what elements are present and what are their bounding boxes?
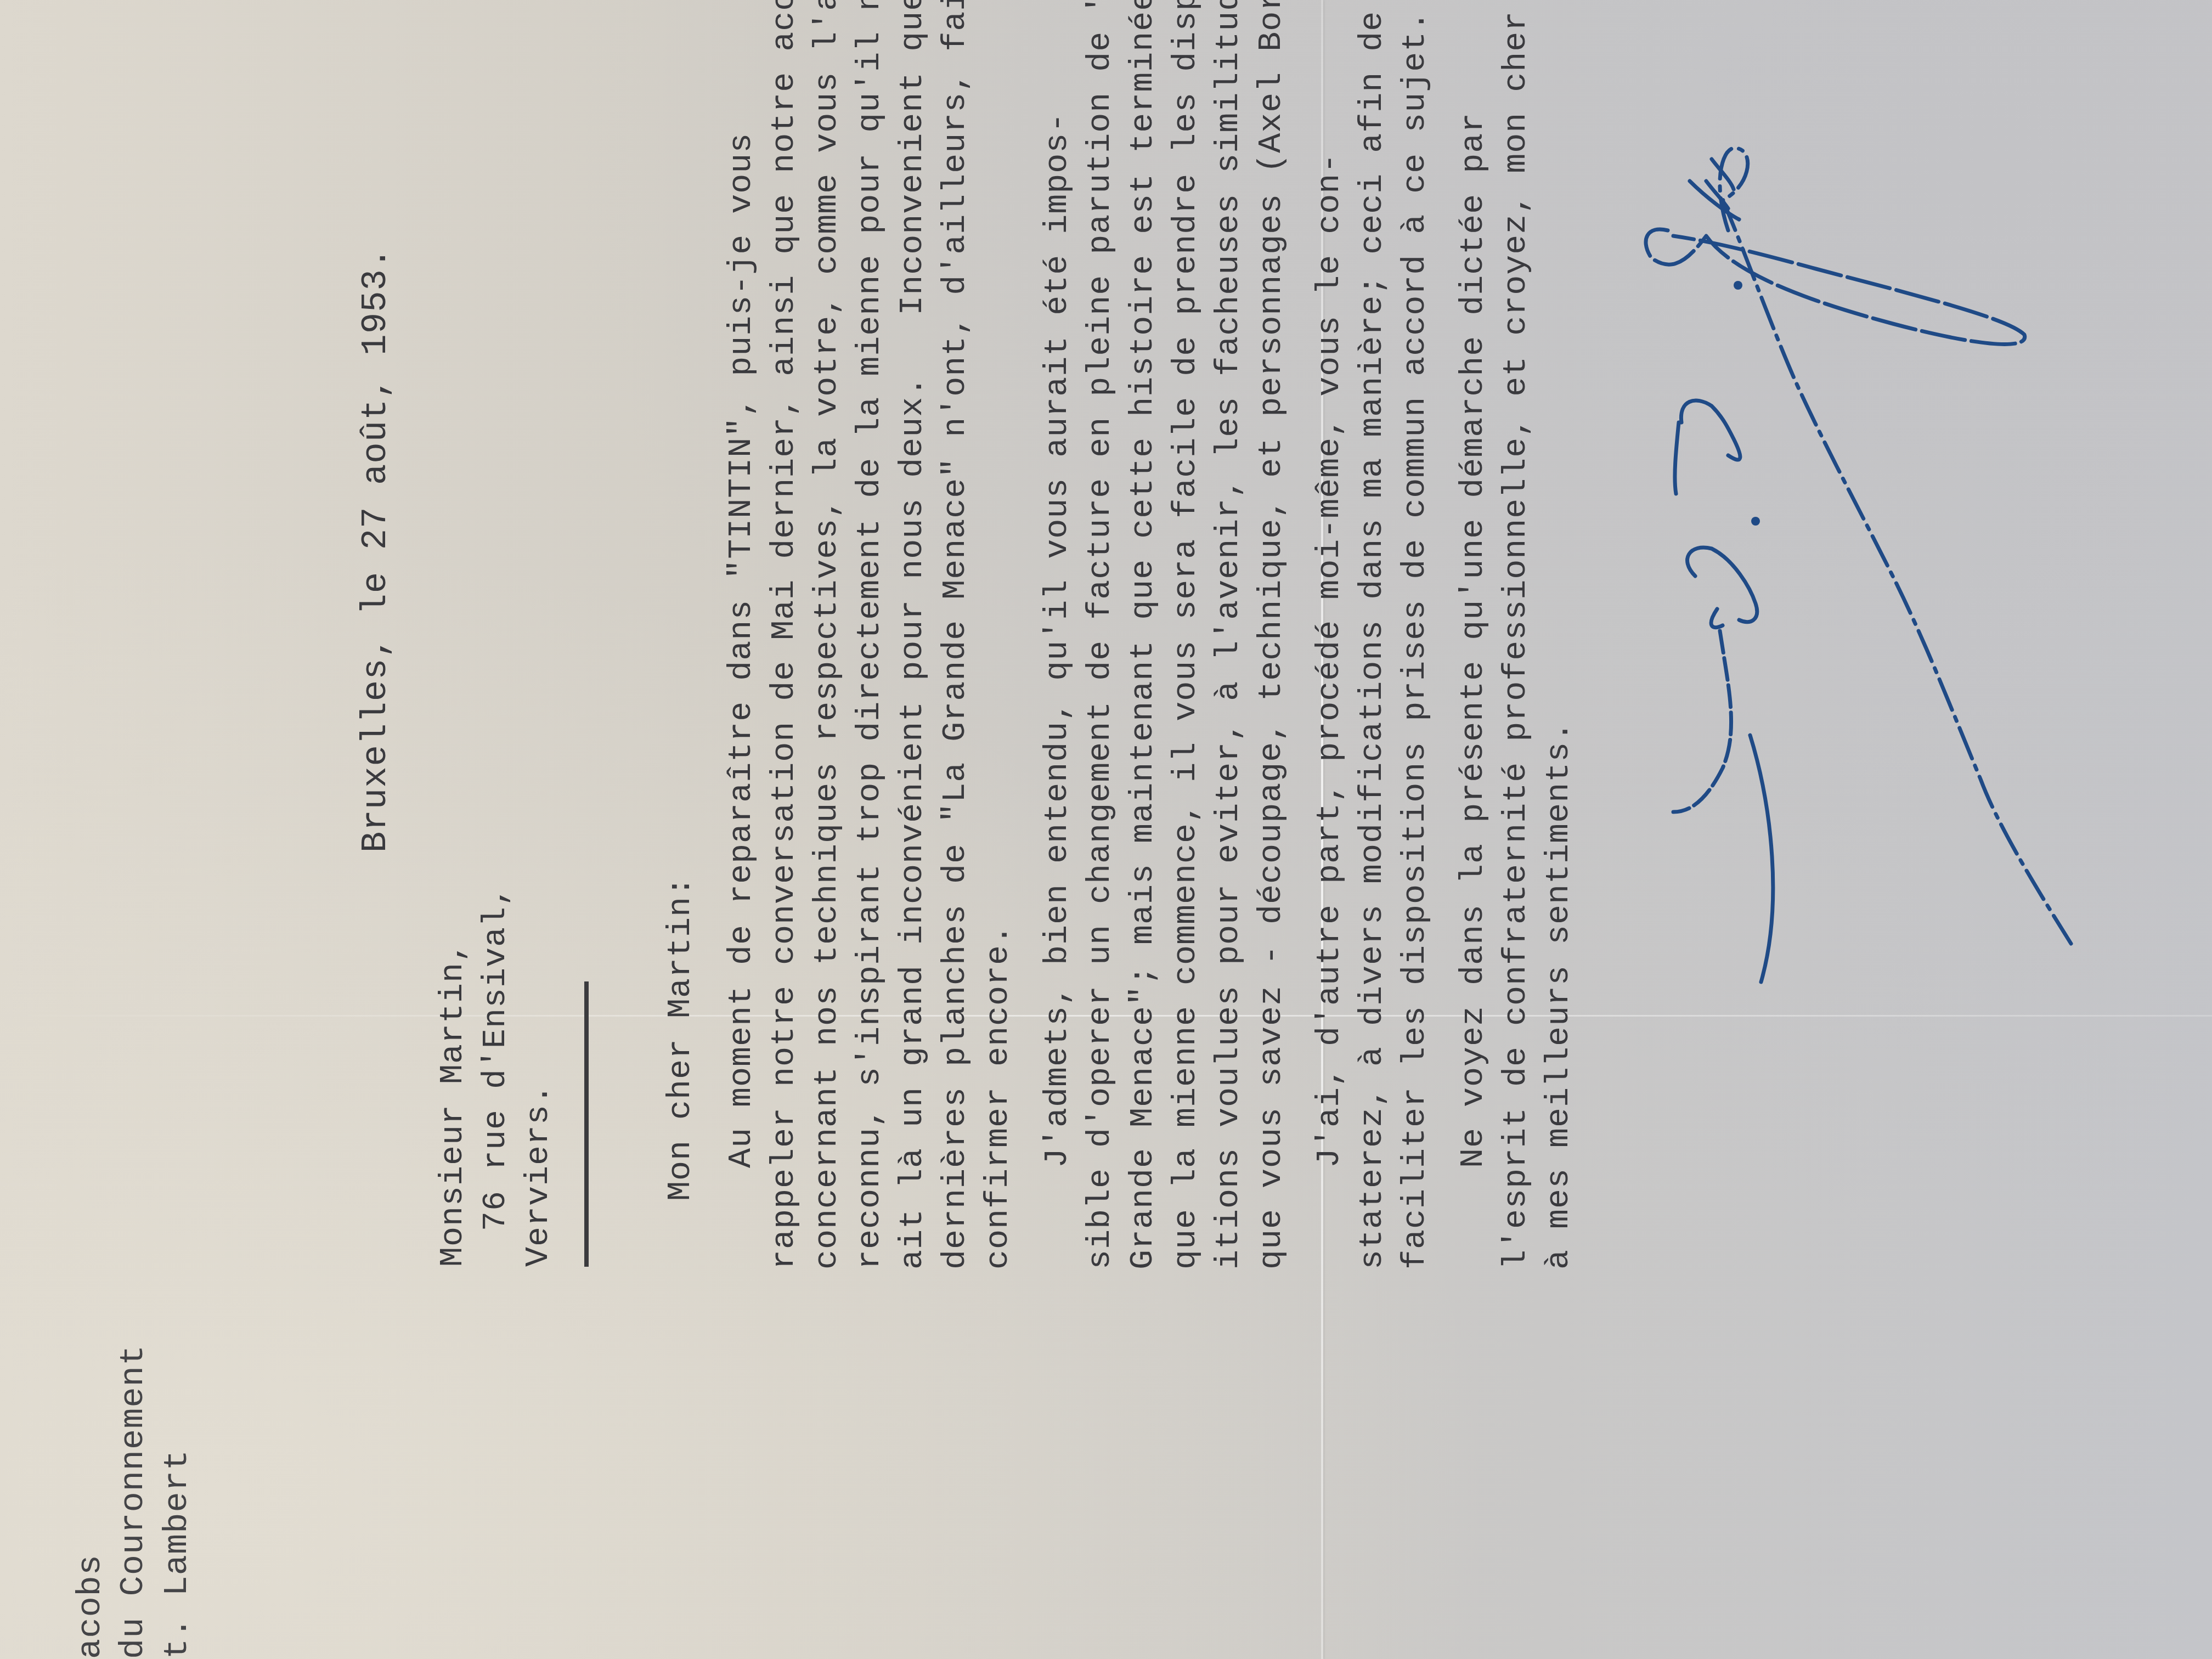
- body-line: sible d'operer un changement de facture …: [1081, 0, 1121, 1269]
- body-line: dernières planches de "La Grande Menace"…: [936, 0, 976, 1269]
- body-line: concernant nos techniques respectives, l…: [808, 0, 848, 1269]
- body-line: que vous savez - découpage, technique, e…: [1252, 0, 1292, 1269]
- salutation: Mon cher Martin:: [661, 876, 701, 1201]
- letterhead-line: t. Lambert: [157, 1449, 197, 1659]
- body-line: l'esprit de confraternité professionnell…: [1497, 0, 1537, 1269]
- body-line: Grande Menace"; mais maintenant que cett…: [1124, 0, 1164, 1269]
- letterhead-line: du Couronnement: [113, 1345, 153, 1659]
- body-line: que la mienne commence, il vous sera fac…: [1166, 0, 1206, 1269]
- body-line: Ne voyez dans la présente qu'une démarch…: [1454, 112, 1494, 1269]
- body-line: Au moment de reparaître dans "TINTIN", p…: [722, 133, 762, 1269]
- body-line: itions voulues pour eviter, à l'avenir, …: [1209, 0, 1249, 1269]
- letter-sheet: acobs du Couronnement t. Lambert Bruxell…: [0, 0, 2212, 1659]
- body-line: reconnu, s'inspirant trop directement de…: [850, 0, 890, 1269]
- body-line: J'admets, bien entendu, qu'il vous aurai…: [1038, 112, 1078, 1269]
- dateline: Bruxelles, le 27 août, 1953.: [357, 247, 397, 853]
- recipient-line: Verviers.: [519, 1084, 559, 1267]
- body-line: staterez, à divers modifications dans ma…: [1353, 11, 1393, 1269]
- recipient-line: 76 rue d'Ensival,: [476, 886, 516, 1231]
- recipient-line: Monsieur Martin,: [433, 942, 473, 1267]
- address-rule: [584, 981, 589, 1267]
- body-line: à mes meilleurs sentiments.: [1539, 721, 1579, 1269]
- body-line: rappeler notre conversation de Mai derni…: [765, 0, 805, 1269]
- body-line: confirmer encore.: [979, 924, 1019, 1269]
- body-line: ait là un grand inconvénient pour nous d…: [893, 0, 933, 1269]
- letterhead-line: acobs: [70, 1554, 110, 1659]
- body-line: faciliter les dispositions prises de com…: [1396, 11, 1436, 1269]
- body-line: J'ai, d'autre part, procédé moi-même, vo…: [1310, 153, 1350, 1269]
